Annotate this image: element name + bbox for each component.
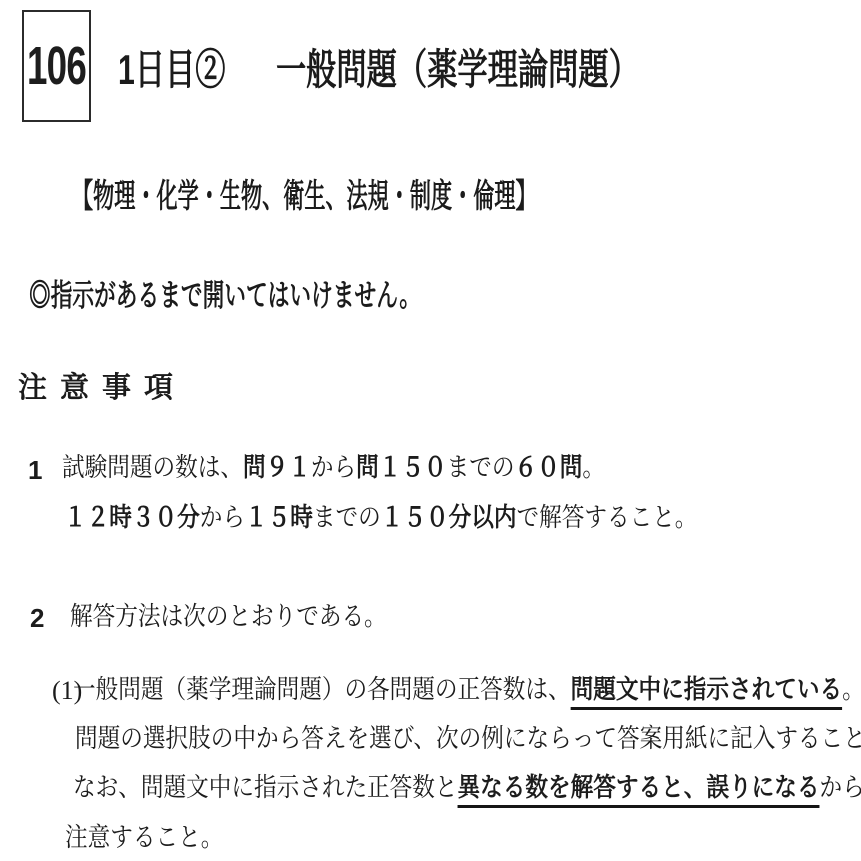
bold-segment: １５時: [245, 502, 313, 532]
note-1-line-2: １２時３０分から１５時までの１５０分以内で解答すること。: [64, 497, 697, 538]
bold-segment: ６０問: [514, 452, 582, 482]
text-segment: から: [819, 773, 861, 802]
do-not-open-notice: ◎指示があるまで開いてはいけません。: [29, 276, 421, 316]
bold-segment: 問９１: [243, 452, 311, 482]
text-segment: なお、問題文中に指示された正答数と: [73, 773, 458, 802]
bold-underlined-segment: 異なる数を解答すると、誤りになる: [458, 772, 820, 808]
bold-segment: １２時３０分: [64, 502, 200, 532]
note-2-line-1: 解答方法は次のとおりである。: [70, 597, 387, 637]
bold-segment: １５０分以内: [381, 502, 517, 532]
text-segment: 試験問題の数は、: [62, 453, 243, 482]
header-title: 一般問題（薬学理論問題）: [276, 46, 639, 93]
text-segment: で解答すること。: [516, 503, 697, 532]
note-2-sub-1-line-3: なお、問題文中に指示された正答数と異なる数を解答すると、誤りになるから: [73, 767, 861, 808]
text-segment: から: [200, 503, 245, 532]
text-segment: までの: [447, 453, 515, 482]
notes-heading: 注意事項: [18, 370, 186, 406]
exam-number: 106: [27, 35, 86, 97]
text-segment: までの: [313, 503, 381, 532]
text-segment: から: [311, 453, 356, 482]
text-segment: 一般問題（薬学理論問題）の各問題の正答数は、: [73, 675, 571, 704]
note-2-sub-1-line-1: 一般問題（薬学理論問題）の各問題の正答数は、問題文中に指示されている。: [73, 669, 861, 710]
bold-underlined-segment: 問題文中に指示されている: [571, 674, 842, 710]
exam-number-box: 106: [22, 10, 91, 122]
subjects-line: 【物理・化学・生物、衛生、法規・制度・倫理】: [72, 175, 537, 217]
note-2-number: 2: [30, 598, 44, 638]
bold-segment: 問１５０: [356, 452, 446, 482]
note-2-sub-1-line-2: 問題の選択肢の中から答えを選び、次の例にならって答案用紙に記入すること。: [75, 719, 861, 759]
page-title: 1日目②一般問題（薬学理論問題）: [118, 46, 639, 94]
note-2-sub-1-line-4: 注意すること。: [65, 818, 223, 858]
note-1-line-1: 試験問題の数は、問９１から問１５０までの６０問。: [62, 447, 605, 488]
note-1-number: 1: [28, 450, 42, 490]
header-day-label: 1日目②: [118, 46, 226, 93]
text-segment: 。: [582, 453, 605, 482]
text-segment: 。: [842, 675, 861, 704]
